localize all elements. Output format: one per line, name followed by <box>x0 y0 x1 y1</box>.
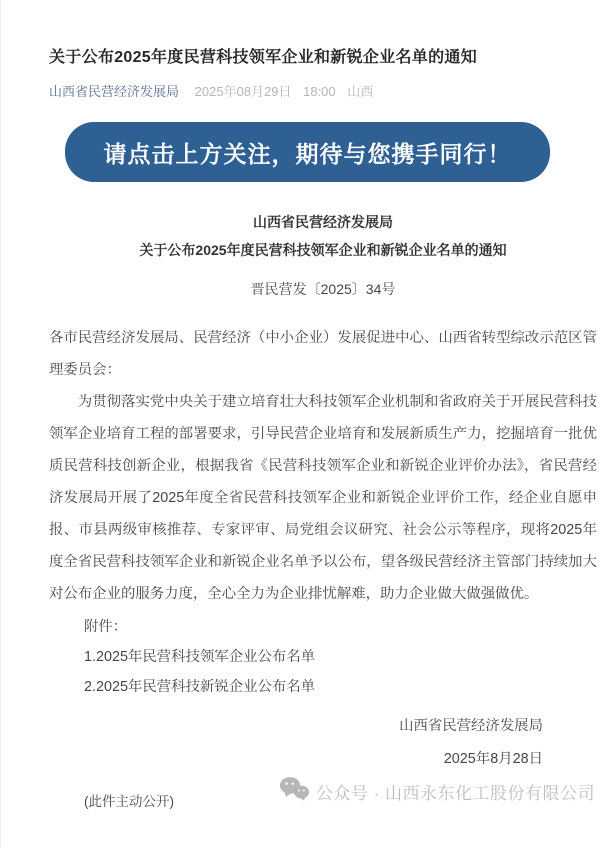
attachments-block: 附件： 1.2025年民营科技领军企业公布名单 2.2025年民营科技新锐企业公… <box>49 612 597 702</box>
attachment-item: 2.2025年民营科技新锐企业公布名单 <box>84 672 597 702</box>
publish-region: 山西 <box>347 84 373 99</box>
attachment-item: 1.2025年民营科技领军企业公布名单 <box>84 642 597 672</box>
doc-number: 晋民营发〔2025〕34号 <box>49 279 597 299</box>
attachments-label: 附件： <box>84 612 597 642</box>
signature-org: 山西省民营经济发展局 <box>49 710 543 743</box>
account-name-link[interactable]: 山西省民营经济发展局 <box>49 84 179 99</box>
publish-time: 18:00 <box>303 84 336 99</box>
notice-org-heading: 山西省民营经济发展局 <box>49 208 597 236</box>
follow-banner[interactable]: 请点击上方关注，期待与您携手同行！ <box>65 122 550 182</box>
publish-date: 2025年08月29日 <box>195 84 292 99</box>
footer-watermark: 公众号 · 山西永东化工股份有限公司 <box>279 776 595 807</box>
signature-block: 山西省民营经济发展局 2025年8月28日 <box>49 710 597 776</box>
signature-date: 2025年8月28日 <box>49 743 543 776</box>
page-title: 关于公布2025年度民营科技领军企业和新锐企业名单的通知 <box>49 44 597 67</box>
follow-banner-text: 请点击上方关注，期待与您携手同行！ <box>104 136 512 169</box>
watermark-text: 公众号 · 山西永东化工股份有限公司 <box>316 779 595 804</box>
article-page: 关于公布2025年度民营科技领军企业和新锐企业名单的通知 山西省民营经济发展局 … <box>0 0 615 847</box>
byline: 山西省民营经济发展局 2025年08月29日 18:00 山西 <box>49 81 597 100</box>
notice-subject-heading: 关于公布2025年度民营科技领军企业和新锐企业名单的通知 <box>49 236 597 264</box>
addressee-line: 各市民营经济发展局、民营经济（中小企业）发展促进中心、山西省转型综改示范区管理委… <box>49 322 597 386</box>
notice-body-paragraph: 为贯彻落实党中央关于建立培育壮大科技领军企业机制和省政府关于开展民营科技领军企业… <box>49 386 597 610</box>
wechat-icon <box>279 776 309 807</box>
